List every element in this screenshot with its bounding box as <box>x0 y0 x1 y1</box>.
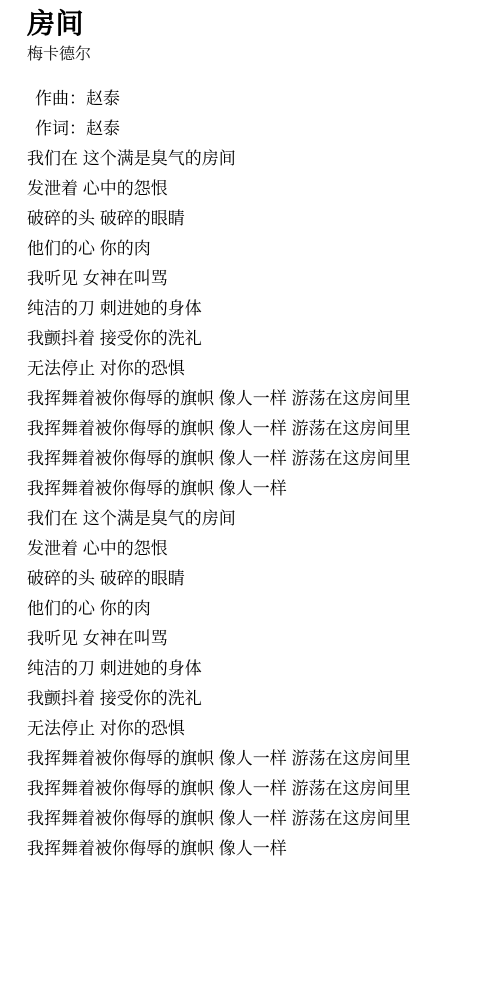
lyric-line: 我挥舞着被你侮辱的旗帜 像人一样 游荡在这房间里 <box>27 444 490 474</box>
lyric-line: 我挥舞着被你侮辱的旗帜 像人一样 游荡在这房间里 <box>27 804 490 834</box>
lyric-line: 破碎的头 破碎的眼睛 <box>27 204 490 234</box>
lyric-line: 我颤抖着 接受你的洗礼 <box>27 324 490 354</box>
lyrics-section: 作曲：赵泰 作词：赵泰 我们在 这个满是臭气的房间 发泄着 心中的怨恨 破碎的头… <box>27 84 490 864</box>
lyric-line: 我们在 这个满是臭气的房间 <box>27 144 490 174</box>
page-title: 房间 <box>27 6 490 42</box>
lyric-line: 我挥舞着被你侮辱的旗帜 像人一样 <box>27 834 490 864</box>
lyric-line: 我挥舞着被你侮辱的旗帜 像人一样 游荡在这房间里 <box>27 774 490 804</box>
lyrics-page: 房间 梅卡德尔 作曲：赵泰 作词：赵泰 我们在 这个满是臭气的房间 发泄着 心中… <box>0 0 500 1000</box>
lyric-line: 无法停止 对你的恐惧 <box>27 714 490 744</box>
lyric-line: 发泄着 心中的怨恨 <box>27 534 490 564</box>
lyric-line: 我听见 女神在叫骂 <box>27 624 490 654</box>
lyric-line: 我挥舞着被你侮辱的旗帜 像人一样 游荡在这房间里 <box>27 744 490 774</box>
lyric-line: 我听见 女神在叫骂 <box>27 264 490 294</box>
lyric-line: 无法停止 对你的恐惧 <box>27 354 490 384</box>
lyric-line: 他们的心 你的肉 <box>27 594 490 624</box>
lyric-line: 他们的心 你的肉 <box>27 234 490 264</box>
lyric-line: 我们在 这个满是臭气的房间 <box>27 504 490 534</box>
lyric-line: 发泄着 心中的怨恨 <box>27 174 490 204</box>
lyric-line: 我挥舞着被你侮辱的旗帜 像人一样 游荡在这房间里 <box>27 414 490 444</box>
lyric-line: 我挥舞着被你侮辱的旗帜 像人一样 <box>27 474 490 504</box>
credit-line-lyricist: 作词：赵泰 <box>27 114 490 144</box>
lyric-line: 破碎的头 破碎的眼睛 <box>27 564 490 594</box>
lyric-line: 我颤抖着 接受你的洗礼 <box>27 684 490 714</box>
lyric-line: 纯洁的刀 刺进她的身体 <box>27 294 490 324</box>
lyric-line: 我挥舞着被你侮辱的旗帜 像人一样 游荡在这房间里 <box>27 384 490 414</box>
lyric-line: 纯洁的刀 刺进她的身体 <box>27 654 490 684</box>
credit-line-composer: 作曲：赵泰 <box>27 84 490 114</box>
artist-name: 梅卡德尔 <box>27 44 490 66</box>
